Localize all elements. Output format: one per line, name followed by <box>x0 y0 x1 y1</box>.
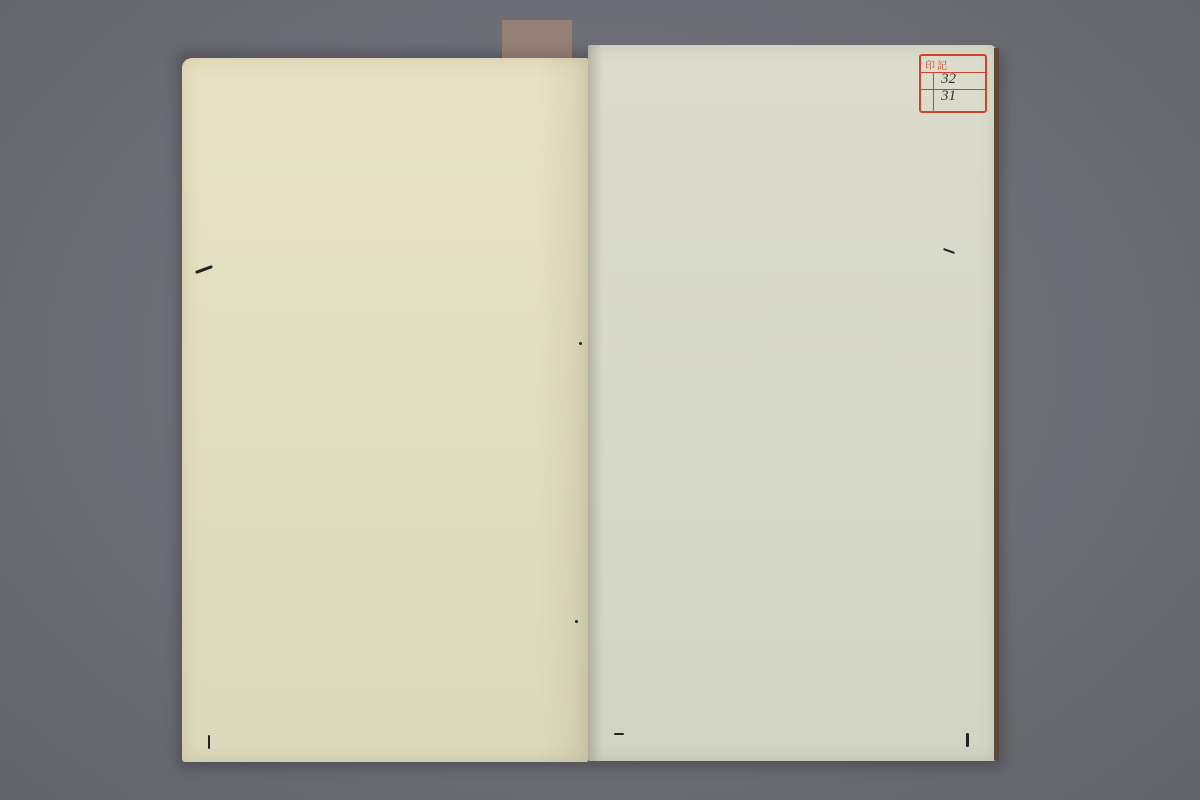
ink-mark <box>966 733 969 747</box>
ink-mark <box>614 733 624 735</box>
right-page <box>588 45 996 761</box>
ink-mark <box>208 735 210 749</box>
stamp-number-top: 32 <box>941 71 956 88</box>
book-edge <box>994 48 999 760</box>
stamp-number-bottom: 31 <box>941 88 956 105</box>
stamp-header: 印記 <box>925 57 949 72</box>
left-page <box>182 58 588 762</box>
ink-mark <box>575 620 578 623</box>
ink-mark <box>579 342 582 345</box>
library-stamp: 印記 32 31 <box>919 54 987 113</box>
